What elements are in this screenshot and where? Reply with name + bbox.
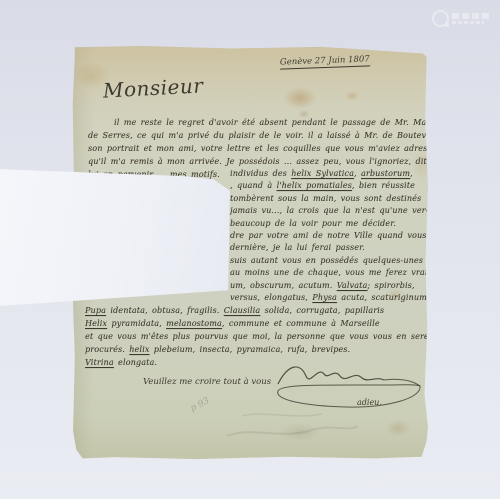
letter-text: jamais vu..., la crois que la n'est qu'u… — [230, 206, 428, 215]
species-name: Helix — [85, 319, 107, 328]
letter-text: et que vous m'êtes plus pourvus que moi,… — [85, 332, 433, 341]
letter-line: son portrait et mon ami, votre lettre et… — [88, 142, 422, 155]
letter-text: procurés. — [85, 345, 129, 354]
watermark-text-lines — [452, 13, 492, 24]
pencil-annotation: p 93 — [189, 396, 211, 414]
letter-text: beaucoup de la voir pour me décider. — [230, 219, 396, 228]
letter-text: , commune et commune à Marseille — [222, 319, 380, 328]
photo-backdrop: Genève 27 Juin 1807 Monsieur il me reste… — [0, 0, 500, 499]
letter-paragraph-3: um, obscurum, acutum. Valvata; spirorbis… — [230, 280, 424, 305]
auction-watermark-logo-icon — [432, 6, 496, 30]
letter-text: um, obscurum, acutum. — [230, 281, 337, 290]
species-name: melanostoma — [166, 319, 222, 328]
letter-text: versus, elongatus, — [230, 293, 312, 302]
letter-line: jamais vu..., la crois que la n'est qu'u… — [230, 205, 424, 217]
species-name: Physa — [312, 293, 337, 302]
species-name: helix Sylvatica — [291, 169, 354, 178]
blank-envelope-card — [0, 167, 230, 307]
letter-closing: Veuillez me croire tout à vous — [143, 377, 271, 387]
letter-line: dre par votre ami de notre Ville quand v… — [230, 230, 424, 242]
letter-text: pyramidata, — [107, 319, 166, 328]
letter-line: il me reste le regret d'avoir été absent… — [88, 116, 422, 129]
letter-text: , bien réussite — [352, 181, 415, 190]
letter-line: Helix pyramidata, melanostoma, commune e… — [85, 317, 425, 330]
letter-text: , — [354, 169, 361, 178]
letter-date: Genève 27 Juin 1807 — [280, 54, 370, 69]
species-name: helix — [129, 345, 149, 354]
letter-salutation: Monsieur — [102, 73, 203, 102]
letter-text: plebeium, insecta, pyramaica, rufa, brev… — [150, 345, 351, 354]
species-name: Vitrina — [85, 358, 114, 367]
species-name: Pupa — [85, 306, 106, 315]
magnifier-logo-icon — [432, 10, 449, 27]
letter-line: et que vous m'êtes plus pourvus que moi,… — [85, 330, 425, 343]
letter-text: individus des — [230, 169, 291, 178]
species-name: l'helix pomatiales — [277, 181, 352, 190]
letter-text: au moins une de chaque, vous me ferez vr… — [230, 268, 438, 277]
letter-line: Pupa identata, obtusa, fragilis. Clausil… — [85, 304, 425, 317]
letter-line: versus, elongatus, Physa acuta, scaturig… — [230, 292, 424, 304]
letter-text: identata, obtusa, fragilis. — [106, 306, 224, 315]
letter-text: acuta, scaturiginum — [337, 293, 427, 302]
letter-line: , quand à l'helix pomatiales, bien réuss… — [230, 180, 424, 192]
letter-text: elongata. — [114, 358, 157, 367]
letter-line: um, obscurum, acutum. Valvata; spirorbis… — [230, 280, 424, 292]
letter-text: tombèrent sous la main, vous sont destin… — [230, 194, 421, 203]
letter-text: solida, corrugata, papillaris — [260, 306, 384, 315]
species-name: Clausilia — [224, 306, 261, 315]
letter-line: tombèrent sous la main, vous sont destin… — [230, 193, 424, 205]
letter-text: dre par votre ami de notre Ville quand v… — [230, 231, 427, 240]
letter-text: qu'il m'a remis à mon arrivée. Je posséd… — [88, 157, 436, 166]
letter-line: individus des helix Sylvatica, arbustoru… — [230, 168, 424, 180]
letter-text: il me reste le regret d'avoir été absent… — [114, 118, 443, 127]
species-name: Valvata — [337, 281, 368, 290]
letter-line: qu'il m'a remis à mon arrivée. Je posséd… — [88, 155, 422, 168]
letter-line: procurés. helix plebeium, insecta, pyram… — [85, 343, 425, 356]
letter-line: de Serres, ce qui m'a privé du plaisir d… — [88, 129, 422, 142]
letter-text: ; spirorbis, — [367, 281, 414, 290]
letter-text: suis autant vous en possédés quelques-un… — [230, 256, 436, 265]
letter-line: beaucoup de la voir pour me décider. — [230, 218, 424, 230]
letter-text: , quand à — [230, 181, 277, 190]
species-name: arbustorum — [361, 169, 410, 178]
letter-text: dernière, je la lui ferai passer. — [230, 243, 365, 252]
letter-line: au moins une de chaque, vous me ferez vr… — [230, 267, 424, 279]
letter-text: de Serres, ce qui m'a privé du plaisir d… — [88, 131, 439, 140]
letter-line: suis autant vous en possédés quelques-un… — [230, 255, 424, 267]
ink-showthrough — [222, 406, 362, 446]
letter-text: son portrait et mon ami, votre lettre et… — [88, 144, 446, 153]
letter-line: dernière, je la lui ferai passer. — [230, 242, 424, 254]
letter-paragraph-2: individus des helix Sylvatica, arbustoru… — [230, 168, 424, 280]
letter-text: , — [410, 169, 413, 178]
